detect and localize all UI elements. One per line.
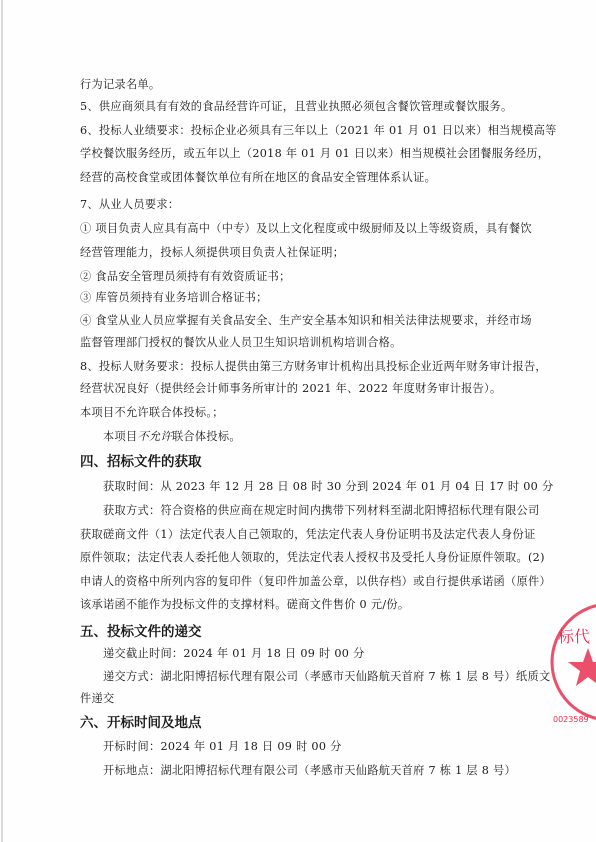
text-line: ③ 库管员须持有业务培训合格证书； xyxy=(80,291,268,305)
text-line: ① 项目负责人应具有高中（中专）及以上文化程度或中级厨师及以上等级资质，具有餐饮 xyxy=(80,222,532,236)
text-line: 5、供应商须具有有效的食品经营许可证，且营业执照必须包含餐饮管理或餐饮服务。 xyxy=(80,100,512,114)
text-line: 经营状况良好（提供经会计师事务所审计的 2021 年、2022 年度财务审计报告… xyxy=(80,382,501,396)
joint-bid-prefix: 本项目 xyxy=(103,430,137,443)
joint-bid-italic: 不允许 xyxy=(137,430,171,443)
submission-deadline: 递交截止时间：2024 年 01 月 18 日 09 时 00 分 xyxy=(103,647,365,661)
acquisition-method-line: 该承诺函不能作为投标文件的支撑材料。磋商文件售价 0 元/份。 xyxy=(80,598,409,612)
seal-code: 0023589 xyxy=(553,715,589,724)
text-line: ④ 食堂从业人员应掌握有关食品安全、生产安全基本知识和相关法律法规要求，并经市场 xyxy=(80,314,532,328)
scan-edge xyxy=(1,0,3,842)
text-line: 经营的高校食堂或团体餐饮单位有所在地区的食品安全管理体系认证。 xyxy=(80,171,436,185)
acquisition-time: 获取时间：从 2023 年 12 月 28 日 08 时 30 分到 2024 … xyxy=(103,480,553,494)
submission-method: 递交方式：湖北阳博招标代理有限公司（孝感市天仙路航天首府 7 栋 1 层 8 号… xyxy=(103,670,550,684)
section-4-heading: 四、招标文件的获取 xyxy=(80,454,202,470)
document-page: 行为记录名单。5、供应商须具有有效的食品经营许可证，且营业执照必须包含餐饮管理或… xyxy=(0,0,596,842)
seal-icon: 标代 0023589 xyxy=(548,600,596,730)
joint-bid-suffix: 联合体投标。 xyxy=(172,430,241,443)
text-line: 行为记录名单。 xyxy=(80,78,160,92)
submission-method-cont: 件递交 xyxy=(80,692,114,706)
section-6-heading: 六、开标时间及地点 xyxy=(80,715,202,731)
opening-time: 开标时间：2024 年 01 月 18 日 09 时 00 分 xyxy=(103,740,342,754)
seal-text: 标代 xyxy=(558,627,590,646)
opening-place: 开标地点：湖北阳博招标代理有限公司（孝感市天仙路航天首府 7 栋 1 层 8 号… xyxy=(103,764,516,778)
text-line: 经营管理能力，投标人须提供项目负责人社保证明； xyxy=(80,246,344,260)
text-line: 7、从业人员要求： xyxy=(80,198,179,212)
text-line: 6、投标人业绩要求：投标企业必须具有三年以上（2021 年 01 月 01 日以… xyxy=(80,124,557,138)
acquisition-method-line: 获取磋商文件（1）法定代表人自己领取的，凭法定代表人身份证明书及法定代表人身份证 xyxy=(80,528,535,542)
joint-bid-statement: 本项目不允许联合体投标。 xyxy=(103,430,241,444)
acquisition-method-line: 原件领取；法定代表人委托他人领取的，凭法定代表人授权书及受托人身份证原件领取。(… xyxy=(80,551,545,565)
text-line: 学校餐饮服务经历，或五年以上（2018 年 01 月 01 日以来）相当规模社会… xyxy=(80,147,549,161)
text-line: ② 食品安全管理员须持有有效资质证书； xyxy=(80,270,291,284)
seal-star-icon xyxy=(568,648,596,686)
text-line: 监督管理部门授权的餐饮从业人员卫生知识培训机构培训合格。 xyxy=(80,336,402,350)
text-line: 8、投标人财务要求：投标人提供由第三方财务审计机构出具投标企业近两年财务审计报告… xyxy=(80,360,547,374)
acquisition-method-line: 申请人的资格中所列内容的复印件（复印件加盖公章，以供存档）或自行提供承诺函（原件… xyxy=(80,575,551,589)
acquisition-method-line: 获取方式：符合资格的供应商在规定时间内携带下列材料至湖北阳博招标代理有限公司 xyxy=(103,504,540,518)
section-5-heading: 五、投标文件的递交 xyxy=(80,624,202,640)
text-line: 本项目不允许联合体投标。； xyxy=(80,406,224,420)
official-seal: 标代 0023589 xyxy=(548,600,596,730)
